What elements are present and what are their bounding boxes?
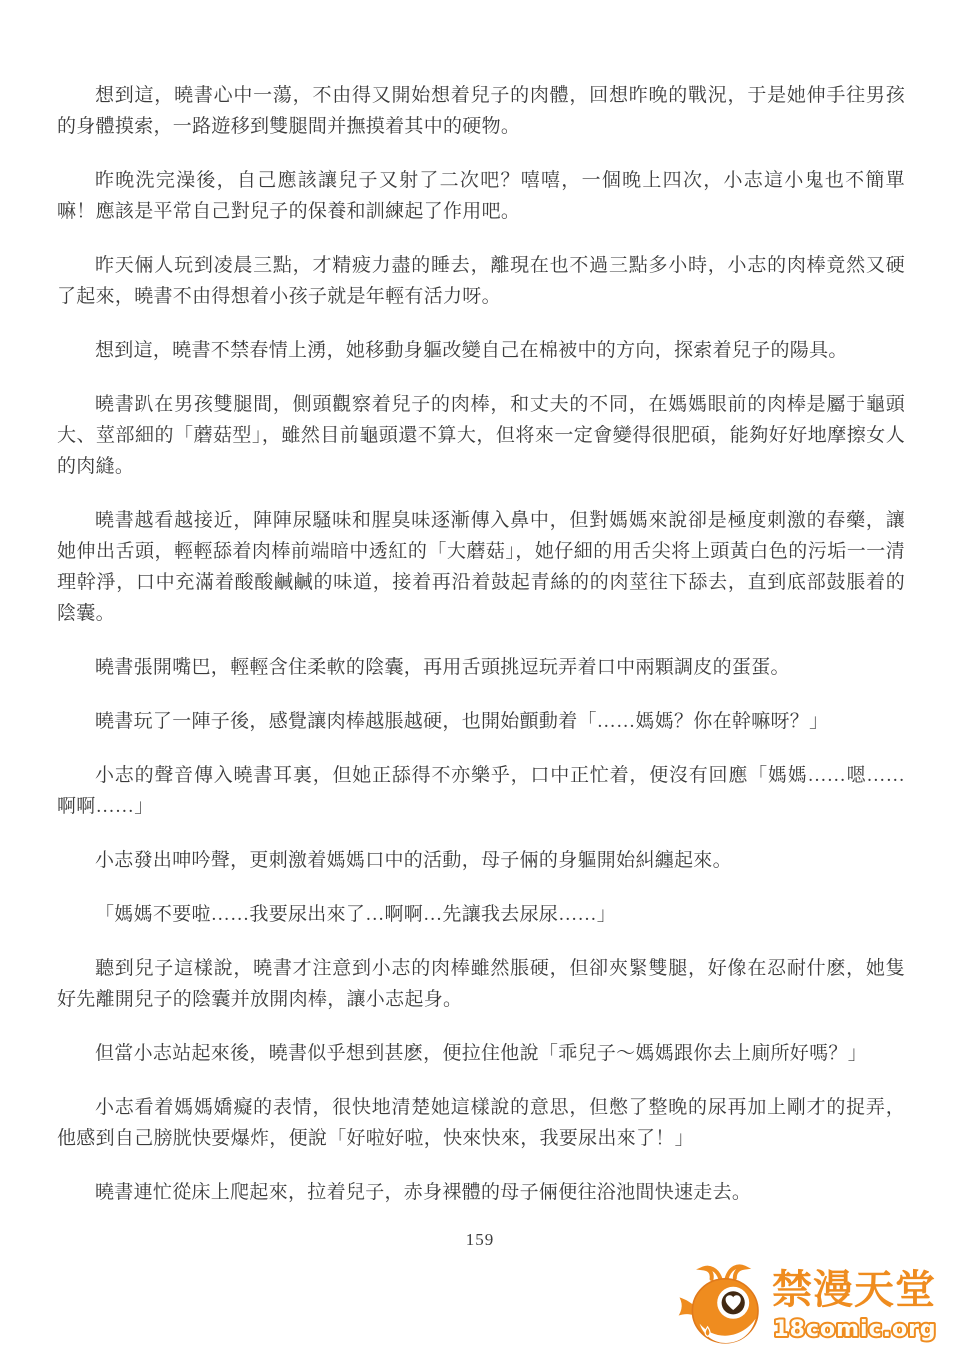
paragraph: 但當小志站起來後，曉書似乎想到甚麽，便拉住他說「乖兒子～媽媽跟你去上廁所好嗎？」 xyxy=(57,1038,905,1069)
paragraph-list: 想到這，曉書心中一蕩，不由得又開始想着兒子的肉體，回想昨晚的戰況，于是她伸手往男… xyxy=(57,80,905,1208)
paragraph: 昨天倆人玩到凌晨三點，才精疲力盡的睡去，離現在也不過三點多小時，小志的肉棒竟然又… xyxy=(57,250,905,312)
paragraph: 曉書玩了一陣子後，感覺讓肉棒越脹越硬，也開始顫動着「……媽媽？你在幹嘛呀？」 xyxy=(57,706,905,737)
paragraph: 小志發出呻吟聲，更刺激着媽媽口中的活動，母子倆的身軀開始糾纏起來。 xyxy=(57,845,905,876)
paragraph: 曉書連忙從床上爬起來，拉着兒子，赤身裸體的母子倆便往浴池間快速走去。 xyxy=(57,1177,905,1208)
paragraph: 小志的聲音傳入曉書耳裏，但她正舔得不亦樂乎，口中正忙着，便沒有回應「媽媽……嗯…… xyxy=(57,760,905,822)
svg-text:18comic.org: 18comic.org xyxy=(774,1317,936,1342)
paragraph: 曉書張開嘴巴，輕輕含住柔軟的陰囊，再用舌頭挑逗玩弄着口中兩顆調皮的蛋蛋。 xyxy=(57,652,905,683)
paragraph: 昨晚洗完澡後，自己應該讓兒子又射了二次吧？嘻嘻，一個晚上四次，小志這小鬼也不簡單… xyxy=(57,165,905,227)
document-page: 想到這，曉書心中一蕩，不由得又開始想着兒子的肉體，回想昨晚的戰況，于是她伸手往男… xyxy=(0,0,960,1357)
site-watermark: 禁漫天堂 18comic.org xyxy=(674,1259,936,1353)
watermark-text: 禁漫天堂 18comic.org xyxy=(772,1268,936,1344)
page-number: 159 xyxy=(0,1230,960,1250)
site-url: 18comic.org xyxy=(774,1312,936,1344)
paragraph: 「媽媽不要啦……我要尿出來了…啊啊…先讓我去尿尿……」 xyxy=(57,899,905,930)
paragraph: 想到這，曉書不禁春情上湧，她移動身軀改變自己在棉被中的方向，探索着兒子的陽具。 xyxy=(57,335,905,366)
paragraph: 小志看着媽媽嬌癡的表情，很快地清楚她這樣說的意思，但憋了整晚的尿再加上剛才的捉弄… xyxy=(57,1092,905,1154)
paragraph: 曉書越看越接近，陣陣尿騷味和腥臭味逐漸傳入鼻中，但對媽媽來說卻是極度刺激的春藥，… xyxy=(57,505,905,629)
document-content: 想到這，曉書心中一蕩，不由得又開始想着兒子的肉體，回想昨晚的戰況，于是她伸手往男… xyxy=(57,80,905,1231)
paragraph: 聽到兒子這樣說，曉書才注意到小志的肉棒雖然脹硬，但卻夾緊雙腿，好像在忍耐什麽，她… xyxy=(57,953,905,1015)
paragraph: 曉書趴在男孩雙腿間，側頭觀察着兒子的肉棒，和丈夫的不同，在媽媽眼前的肉棒是屬于龜… xyxy=(57,389,905,482)
paragraph: 想到這，曉書心中一蕩，不由得又開始想着兒子的肉體，回想昨晚的戰況，于是她伸手往男… xyxy=(57,80,905,142)
site-name: 禁漫天堂 xyxy=(772,1268,936,1312)
whale-mascot-icon xyxy=(674,1259,770,1353)
